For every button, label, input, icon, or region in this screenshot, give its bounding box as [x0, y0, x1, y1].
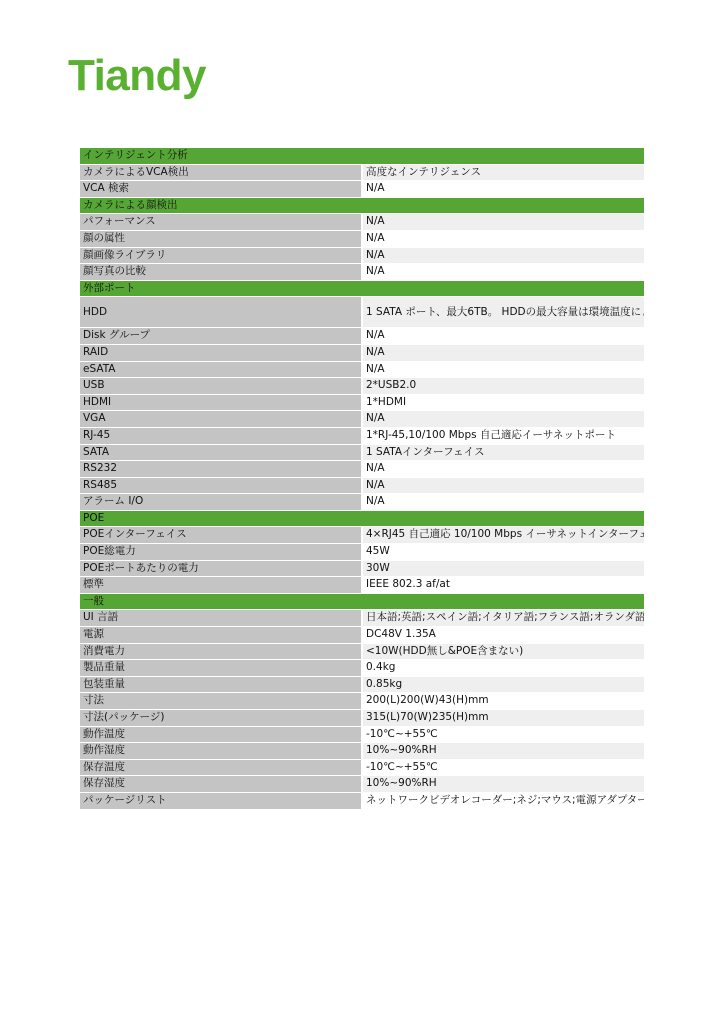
spec-value: 日本語;英語;スペイン語;イタリア語;フランス語;オランダ語;ドイツ語;ポルトガ… [362, 610, 644, 627]
spec-row: 電源DC48V 1.35A [80, 627, 644, 644]
spec-label: HDMI [80, 394, 362, 411]
spec-value: -10℃~+55℃ [362, 726, 644, 743]
spec-row: POEインターフェイス4×RJ45 自己適応 10/100 Mbps イーサネッ… [80, 527, 644, 544]
spec-row: VGAN/A [80, 411, 644, 428]
spec-row: USB2*USB2.0 [80, 378, 644, 395]
spec-value: 高度なインテリジェンス [362, 164, 644, 181]
spec-label: RS232 [80, 461, 362, 478]
spec-value: <10W(HDD無し&POE含まない) [362, 643, 644, 660]
spec-row: HDMI1*HDMI [80, 394, 644, 411]
spec-label: 動作温度 [80, 726, 362, 743]
spec-row: 寸法200(L)200(W)43(H)mm [80, 693, 644, 710]
spec-label: 顔画像ライブラリ [80, 247, 362, 264]
spec-label: Disk グループ [80, 328, 362, 345]
spec-value: N/A [362, 461, 644, 478]
spec-row: 保存湿度10%~90%RH [80, 776, 644, 793]
spec-label: 保存湿度 [80, 776, 362, 793]
spec-row: 寸法(パッケージ)315(L)70(W)235(H)mm [80, 710, 644, 727]
spec-row: UI 言語日本語;英語;スペイン語;イタリア語;フランス語;オランダ語;ドイツ語… [80, 610, 644, 627]
spec-label: RS485 [80, 477, 362, 494]
spec-value: 2*USB2.0 [362, 378, 644, 395]
spec-table: インテリジェント分析カメラによるVCA検出高度なインテリジェンスVCA 検索N/… [80, 148, 644, 810]
spec-row: パフォーマンスN/A [80, 214, 644, 231]
spec-value: N/A [362, 494, 644, 511]
spec-value: 45W [362, 544, 644, 561]
spec-value: DC48V 1.35A [362, 627, 644, 644]
spec-value: IEEE 802.3 af/at [362, 577, 644, 594]
spec-label: USB [80, 378, 362, 395]
spec-label: 包装重量 [80, 676, 362, 693]
spec-value: 10%~90%RH [362, 743, 644, 760]
spec-row: SATA1 SATAインターフェイス [80, 444, 644, 461]
section-title: POE [80, 510, 644, 527]
spec-row: 顔画像ライブラリN/A [80, 247, 644, 264]
spec-label: パッケージリスト [80, 792, 362, 809]
section-header: カメラによる顔検出 [80, 197, 644, 214]
spec-row: アラーム I/ON/A [80, 494, 644, 511]
spec-row: HDD1 SATA ポート、最大6TB。 HDDの最大容量は環境温度によって変化… [80, 297, 644, 328]
spec-label: 電源 [80, 627, 362, 644]
spec-row: パッケージリストネットワークビデオレコーダー;ネジ;マウス;電源アダプター [80, 792, 644, 809]
spec-label: 顔の属性 [80, 230, 362, 247]
spec-value: N/A [362, 328, 644, 345]
section-header: POE [80, 510, 644, 527]
spec-label: RAID [80, 344, 362, 361]
spec-value: 1*RJ-45,10/100 Mbps 自己適応イーサネットポート [362, 427, 644, 444]
spec-label: UI 言語 [80, 610, 362, 627]
section-title: 外部ポート [80, 280, 644, 297]
spec-row: POEポートあたりの電力30W [80, 560, 644, 577]
spec-value: -10℃~+55℃ [362, 759, 644, 776]
spec-label: POEインターフェイス [80, 527, 362, 544]
spec-row: 製品重量0.4kg [80, 660, 644, 677]
section-header: インテリジェント分析 [80, 148, 644, 164]
spec-row: POE総電力45W [80, 544, 644, 561]
spec-label: POE総電力 [80, 544, 362, 561]
spec-row: 保存温度-10℃~+55℃ [80, 759, 644, 776]
section-title: カメラによる顔検出 [80, 197, 644, 214]
spec-value: N/A [362, 230, 644, 247]
spec-value: 0.85kg [362, 676, 644, 693]
spec-label: POEポートあたりの電力 [80, 560, 362, 577]
spec-label: アラーム I/O [80, 494, 362, 511]
spec-label: HDD [80, 297, 362, 328]
spec-label: VCA 検索 [80, 181, 362, 198]
spec-value: 1 SATAインターフェイス [362, 444, 644, 461]
spec-value: N/A [362, 264, 644, 281]
spec-label: 製品重量 [80, 660, 362, 677]
spec-row: Disk グループN/A [80, 328, 644, 345]
spec-value: 1 SATA ポート、最大6TB。 HDDの最大容量は環境温度によって変化します [362, 297, 644, 328]
spec-value: N/A [362, 181, 644, 198]
spec-value: N/A [362, 214, 644, 231]
section-header: 外部ポート [80, 280, 644, 297]
section-title: 一般 [80, 593, 644, 610]
spec-row: RAIDN/A [80, 344, 644, 361]
spec-row: 動作湿度10%~90%RH [80, 743, 644, 760]
spec-value: 315(L)70(W)235(H)mm [362, 710, 644, 727]
spec-row: RJ-451*RJ-45,10/100 Mbps 自己適応イーサネットポート [80, 427, 644, 444]
spec-label: RJ-45 [80, 427, 362, 444]
spec-row: 消費電力<10W(HDD無し&POE含まない) [80, 643, 644, 660]
spec-label: SATA [80, 444, 362, 461]
spec-label: 顔写真の比較 [80, 264, 362, 281]
spec-label: 寸法(パッケージ) [80, 710, 362, 727]
spec-value: 200(L)200(W)43(H)mm [362, 693, 644, 710]
spec-label: パフォーマンス [80, 214, 362, 231]
spec-value: 10%~90%RH [362, 776, 644, 793]
spec-value: N/A [362, 361, 644, 378]
spec-value: 4×RJ45 自己適応 10/100 Mbps イーサネットインターフェイス [362, 527, 644, 544]
spec-label: 消費電力 [80, 643, 362, 660]
spec-value: 30W [362, 560, 644, 577]
spec-label: 寸法 [80, 693, 362, 710]
spec-label: VGA [80, 411, 362, 428]
spec-label: 動作湿度 [80, 743, 362, 760]
spec-row: カメラによるVCA検出高度なインテリジェンス [80, 164, 644, 181]
spec-row: 包装重量0.85kg [80, 676, 644, 693]
section-header: 一般 [80, 593, 644, 610]
spec-row: RS485N/A [80, 477, 644, 494]
spec-value: N/A [362, 477, 644, 494]
spec-row: RS232N/A [80, 461, 644, 478]
tiandy-logo: Tiandy [68, 54, 206, 98]
spec-value: 1*HDMI [362, 394, 644, 411]
spec-value: 0.4kg [362, 660, 644, 677]
spec-row: VCA 検索N/A [80, 181, 644, 198]
spec-row: 標準IEEE 802.3 af/at [80, 577, 644, 594]
spec-value: ネットワークビデオレコーダー;ネジ;マウス;電源アダプター [362, 792, 644, 809]
spec-value: N/A [362, 411, 644, 428]
spec-row: eSATAN/A [80, 361, 644, 378]
spec-label: eSATA [80, 361, 362, 378]
spec-value: N/A [362, 344, 644, 361]
spec-value: N/A [362, 247, 644, 264]
spec-row: 動作温度-10℃~+55℃ [80, 726, 644, 743]
spec-row: 顔の属性N/A [80, 230, 644, 247]
spec-label: カメラによるVCA検出 [80, 164, 362, 181]
spec-label: 保存温度 [80, 759, 362, 776]
spec-label: 標準 [80, 577, 362, 594]
section-title: インテリジェント分析 [80, 148, 644, 164]
spec-row: 顔写真の比較N/A [80, 264, 644, 281]
